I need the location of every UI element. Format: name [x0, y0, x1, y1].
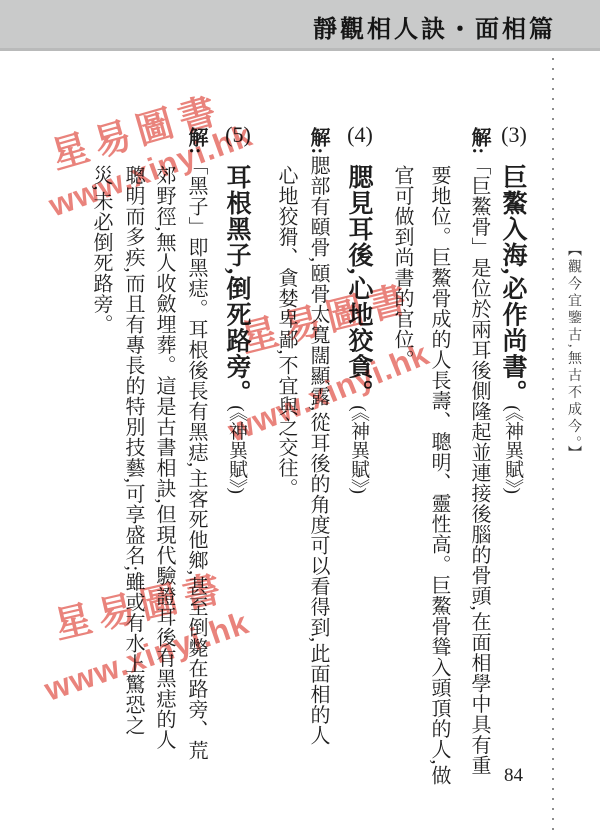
section-number: (5) — [214, 122, 262, 148]
explanation-column: 要地位。巨鰲骨成的人長壽、聰明、靈性高。巨鰲骨聳入頭頂的人,做 — [424, 165, 454, 786]
explanation-text: 腮部有頤骨,頤骨太寬闊顯露,從耳後的角度可以看得到,此面相的人 — [307, 155, 329, 746]
section-title: 耳根黑子,倒死路旁。(《神異賦》) — [219, 164, 253, 494]
section-source: (《神異賦》) — [348, 405, 369, 494]
book-title: 靜觀相人訣・面相篇 — [313, 9, 556, 44]
page-number: 84 — [504, 765, 523, 787]
section-number: (4) — [336, 122, 384, 148]
section-title: 腮見耳後,心地狡貪。(《神異賦》) — [341, 164, 375, 494]
explanation-text: 「黑子」即黑痣。耳根後長有黑痣,主客死他鄉,甚至倒斃在路旁、荒 — [185, 155, 207, 761]
explanation-column: 解:「黑子」即黑痣。耳根後長有黑痣,主客死他鄉,甚至倒斃在路旁、荒 — [181, 127, 211, 760]
explanation-text: 「巨鰲骨」是位於兩耳後側隆起並連接後腦的骨頭,在面相學中具有重 — [468, 155, 490, 776]
explanation-column: 解:腮部有頤骨,頤骨太寬闊顯露,從耳後的角度可以看得到,此面相的人 — [303, 127, 333, 745]
section-title-text: 耳根黑子,倒死路旁。 — [223, 164, 250, 405]
section-source: (《神異賦》) — [502, 405, 523, 494]
explanation-column: 聰明而多疾,而且有專長的特別技藝,可享盛名;雖或有水上驚恐之 — [118, 165, 148, 736]
page-header-band: 靜觀相人訣・面相篇 — [0, 0, 600, 51]
explanation-label: 解: — [468, 127, 490, 155]
dotted-divider — [552, 58, 554, 830]
explanation-label: 解: — [185, 127, 207, 155]
explanation-column: 災,未必倒死路旁。 — [86, 165, 116, 335]
section-title-text: 巨鰲入海,必作尚書。 — [499, 164, 526, 405]
section-source: (《神異賦》) — [226, 405, 247, 494]
section-title: 巨鰲入海,必作尚書。(《神異賦》) — [495, 164, 529, 494]
section-title-text: 腮見耳後,心地狡貪。 — [345, 164, 372, 405]
explanation-column: 官可做到尚書的官位。 — [387, 165, 417, 370]
explanation-column: 解:「巨鰲骨」是位於兩耳後側隆起並連接後腦的骨頭,在面相學中具有重 — [464, 127, 494, 775]
explanation-label: 解: — [307, 127, 329, 155]
explanation-column: 心地狡猾、貪婪卑鄙,不宜與之交往。 — [271, 165, 301, 499]
explanation-column: 郊野徑,無人收斂埋葬。這是古書相訣,但現代驗證耳後有黑痣的人 — [149, 165, 179, 750]
book-page: 靜觀相人訣・面相篇 【觀今宜鑒古,無古不成今。】 (3) 巨鰲入海,必作尚書。(… — [0, 0, 600, 835]
section-number: (3) — [490, 122, 538, 148]
margin-motto: 【觀今宜鑒古,無古不成今。】 — [563, 242, 583, 463]
